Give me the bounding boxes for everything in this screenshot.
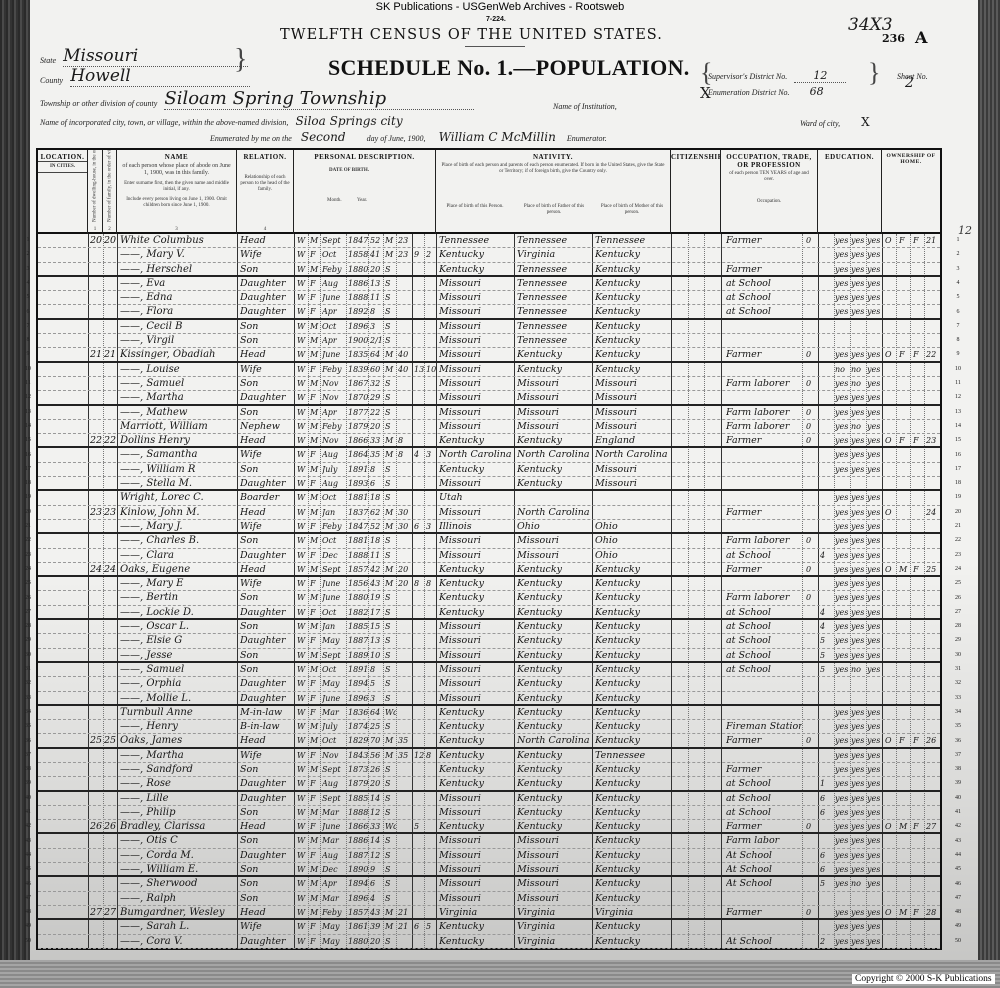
header-ownership-label: OWNERSHIP OF HOME.	[882, 150, 940, 165]
birthplace-person: Tennessee	[439, 234, 514, 248]
years-married	[398, 277, 412, 291]
farm-house	[913, 677, 924, 691]
school-months	[820, 763, 832, 777]
table-row: ——, Bertin Son W M June 1880 19 S Kentuc…	[38, 591, 940, 605]
relation: Son	[240, 763, 294, 777]
relation: Son	[240, 620, 294, 634]
family-number	[104, 291, 117, 305]
enumerated-field: Enumerated by me on the Second day of Ju…	[210, 126, 609, 145]
children-living	[426, 305, 436, 319]
header-year: Year.	[354, 196, 370, 206]
birth-year: 1836	[348, 706, 368, 720]
speaks-english	[867, 477, 882, 491]
line-number-right: 15	[952, 437, 964, 443]
school-months	[820, 377, 832, 391]
children-living	[426, 477, 436, 491]
relation: Daughter	[240, 792, 294, 806]
can-write: yes	[851, 248, 866, 262]
birthplace-mother: Missouri	[595, 420, 671, 434]
marital-status: S	[385, 677, 396, 691]
birthplace-father: Tennessee	[517, 291, 592, 305]
owned-rented	[885, 806, 896, 820]
header-name: NAME of each person whose place of abode…	[117, 150, 237, 234]
age: 20	[370, 935, 383, 949]
person-name: ——, Mollie L.	[120, 692, 236, 706]
family-number	[104, 692, 117, 706]
years-married	[398, 620, 412, 634]
birthplace-person: Kentucky	[439, 591, 514, 605]
farm-house	[913, 391, 924, 405]
population-table: LOCATION. IN CITIES. Number of dwelling-…	[36, 148, 942, 950]
free-mortgaged	[899, 849, 910, 863]
birthplace-mother: Kentucky	[595, 763, 671, 777]
can-read: yes	[835, 420, 850, 434]
line-number-right: 21	[952, 523, 964, 529]
occupation	[726, 477, 802, 491]
birthplace-mother: Kentucky	[595, 291, 671, 305]
birthplace-person: Missouri	[439, 334, 514, 348]
sex: M	[310, 320, 320, 334]
can-read	[835, 477, 850, 491]
birthplace-person: Missouri	[439, 477, 514, 491]
free-mortgaged	[899, 377, 910, 391]
person-name: ——, Orphia	[120, 677, 236, 691]
school-months	[820, 277, 832, 291]
age: 70	[370, 734, 383, 748]
relation: Head	[240, 348, 294, 362]
marital-status: S	[385, 763, 396, 777]
birthplace-person: Kentucky	[439, 577, 514, 591]
marital-status: S	[385, 334, 396, 348]
farm-schedule-number: 22	[926, 348, 940, 362]
children-living	[426, 734, 436, 748]
line-number-right: 7	[952, 323, 964, 329]
free-mortgaged	[899, 677, 910, 691]
header-relation-desc: Relationship of each person to the head …	[237, 161, 293, 195]
free-mortgaged	[899, 406, 910, 420]
occupation: at School	[726, 634, 802, 648]
occupation: at School	[726, 649, 802, 663]
farm-house	[913, 305, 924, 319]
occupation: at School	[726, 663, 802, 677]
family-number	[104, 391, 117, 405]
header-relation: RELATION. Relationship of each person to…	[237, 150, 294, 234]
speaks-english: yes	[867, 820, 882, 834]
school-months: 5	[820, 634, 832, 648]
years-married	[398, 420, 412, 434]
sex: M	[310, 463, 320, 477]
children-living	[426, 563, 436, 577]
school-months	[820, 305, 832, 319]
farm-schedule-number	[926, 377, 940, 391]
age: 20	[370, 420, 383, 434]
person-name: ——, Ralph	[120, 892, 236, 906]
color: W	[297, 434, 308, 448]
can-write: yes	[851, 305, 866, 319]
age: 26	[370, 763, 383, 777]
farm-house	[913, 549, 924, 563]
dwelling-number	[90, 606, 103, 620]
age: 8	[370, 305, 383, 319]
sex: M	[310, 763, 320, 777]
farm-house	[913, 920, 924, 934]
form-number: 7-224.	[486, 16, 506, 23]
farm-house	[913, 420, 924, 434]
relation: Daughter	[240, 677, 294, 691]
birthplace-person: Missouri	[439, 348, 514, 362]
header-citizenship: CITIZENSHIP.	[671, 150, 721, 234]
speaks-english: yes	[867, 606, 882, 620]
family-number	[104, 663, 117, 677]
owned-rented	[885, 591, 896, 605]
color: W	[297, 420, 308, 434]
color: W	[297, 305, 308, 319]
sex: F	[310, 820, 320, 834]
birthplace-mother: Kentucky	[595, 248, 671, 262]
birth-year: 1887	[348, 849, 368, 863]
line-number-left: 2	[22, 251, 34, 257]
children-living	[426, 391, 436, 405]
birth-year: 1858	[348, 248, 368, 262]
school-months	[820, 749, 832, 763]
birthplace-mother: Kentucky	[595, 806, 671, 820]
owned-rented	[885, 334, 896, 348]
line-number-left: 13	[22, 409, 34, 415]
speaks-english: yes	[867, 348, 882, 362]
occupation	[726, 706, 802, 720]
free-mortgaged	[899, 606, 910, 620]
relation: Daughter	[240, 849, 294, 863]
children-born	[414, 234, 424, 248]
person-name: Wright, Lorec C.	[120, 491, 236, 505]
years-married: 35	[398, 734, 412, 748]
months-unemployed	[806, 749, 818, 763]
birthplace-father: Missouri	[517, 877, 592, 891]
birthplace-mother: Kentucky	[595, 935, 671, 949]
speaks-english: yes	[867, 834, 882, 848]
speaks-english: yes	[867, 549, 882, 563]
ward-value: X	[861, 115, 870, 129]
can-write: yes	[851, 491, 866, 505]
birth-month: Aug	[322, 448, 346, 462]
birth-year: 1879	[348, 420, 368, 434]
owned-rented	[885, 663, 896, 677]
color: W	[297, 234, 308, 248]
free-mortgaged	[899, 806, 910, 820]
farm-schedule-number	[926, 291, 940, 305]
birth-year: 1857	[348, 906, 368, 920]
person-name: ——, Lille	[120, 792, 236, 806]
person-name: ——, Philip	[120, 806, 236, 820]
farm-house	[913, 663, 924, 677]
family-number	[104, 920, 117, 934]
sex: F	[310, 777, 320, 791]
table-row: 27 27 Bumgardner, Wesley Head W M Feby 1…	[38, 906, 940, 920]
owned-rented: O	[885, 434, 896, 448]
speaks-english: yes	[867, 734, 882, 748]
birthplace-mother: Kentucky	[595, 863, 671, 877]
sex: F	[310, 792, 320, 806]
copyright-notice: Copyright © 2000 S-K Publications	[852, 974, 995, 984]
free-mortgaged	[899, 305, 910, 319]
sex: M	[310, 406, 320, 420]
table-row: ——, Cora V. Daughter W F May 1880 20 S K…	[38, 935, 940, 949]
children-living	[426, 777, 436, 791]
line-number-right: 48	[952, 909, 964, 915]
birth-month: Oct	[322, 606, 346, 620]
can-write: yes	[851, 706, 866, 720]
school-months	[820, 820, 832, 834]
line-number-right: 32	[952, 680, 964, 686]
children-born	[414, 263, 424, 277]
birthplace-mother: Ohio	[595, 534, 671, 548]
years-married: 30	[398, 506, 412, 520]
free-mortgaged	[899, 534, 910, 548]
occupation	[726, 334, 802, 348]
birth-month: Apr	[322, 877, 346, 891]
school-months	[820, 677, 832, 691]
birth-year: 1847	[348, 234, 368, 248]
speaks-english: yes	[867, 248, 882, 262]
owned-rented: O	[885, 906, 896, 920]
family-number: 23	[104, 506, 117, 520]
line-number-right: 30	[952, 652, 964, 658]
relation: Head	[240, 234, 294, 248]
occupation: Farmer	[726, 506, 802, 520]
school-months: 6	[820, 863, 832, 877]
relation: Head	[240, 434, 294, 448]
occupation	[726, 920, 802, 934]
header-relation-label: RELATION.	[237, 150, 293, 161]
table-row: ——, Sarah L. Wife W F May 1861 39 M 21 6…	[38, 920, 940, 934]
years-married	[398, 692, 412, 706]
can-read: yes	[835, 906, 850, 920]
free-mortgaged	[899, 792, 910, 806]
birth-month: Nov	[322, 377, 346, 391]
farm-house	[913, 363, 924, 377]
table-row: ——, Oscar L. Son W M Jan 1885 15 S Misso…	[38, 620, 940, 634]
free-mortgaged	[899, 692, 910, 706]
family-number	[104, 534, 117, 548]
age: 42	[370, 563, 383, 577]
line-number-right: 26	[952, 595, 964, 601]
sheet-value: 2	[905, 75, 914, 91]
birthplace-mother: Missouri	[595, 406, 671, 420]
dwelling-number	[90, 291, 103, 305]
birth-month: Feby	[322, 263, 346, 277]
school-months	[820, 363, 832, 377]
person-name: Bradley, Clarissa	[120, 820, 236, 834]
birth-month: Oct	[322, 491, 346, 505]
farm-schedule-number	[926, 448, 940, 462]
months-unemployed	[806, 320, 818, 334]
marital-status: S	[385, 391, 396, 405]
birthplace-father: Kentucky	[517, 434, 592, 448]
speaks-english: yes	[867, 563, 882, 577]
farm-house	[913, 706, 924, 720]
color: W	[297, 849, 308, 863]
dwelling-number	[90, 406, 103, 420]
line-number-right: 33	[952, 695, 964, 701]
marital-status: S	[385, 806, 396, 820]
farm-schedule-number	[926, 749, 940, 763]
dwelling-number	[90, 649, 103, 663]
farm-house	[913, 491, 924, 505]
birth-year: 1896	[348, 320, 368, 334]
marital-status: S	[385, 892, 396, 906]
person-name: Marriott, William	[120, 420, 236, 434]
person-name: ——, Bertin	[120, 591, 236, 605]
person-name: ——, Mary V.	[120, 248, 236, 262]
occupation: at School	[726, 620, 802, 634]
sex: F	[310, 849, 320, 863]
table-row: ——, Mathew Son W M Apr 1877 22 S Missour…	[38, 406, 940, 420]
line-number-left: 4	[22, 280, 34, 286]
person-name: ——, Elsie G	[120, 634, 236, 648]
children-born	[414, 620, 424, 634]
school-months	[820, 706, 832, 720]
birthplace-father: Kentucky	[517, 463, 592, 477]
children-born: 4	[414, 448, 424, 462]
age: 12	[370, 849, 383, 863]
owned-rented: O	[885, 234, 896, 248]
birthplace-person: Missouri	[439, 391, 514, 405]
marital-status: M	[385, 248, 396, 262]
can-write: yes	[851, 506, 866, 520]
farm-schedule-number	[926, 263, 940, 277]
farm-schedule-number	[926, 706, 940, 720]
occupation: Farm laborer	[726, 534, 802, 548]
family-number	[104, 420, 117, 434]
children-born	[414, 877, 424, 891]
months-unemployed: 0	[806, 420, 818, 434]
relation: Daughter	[240, 777, 294, 791]
occupation: Farmer	[726, 763, 802, 777]
table-row: ——, Mary E Wife W F June 1856 43 M 20 8 …	[38, 577, 940, 591]
farm-schedule-number: 24	[926, 506, 940, 520]
children-born	[414, 734, 424, 748]
header-occupation-label: OCCUPATION, TRADE, OR PROFESSION	[721, 150, 817, 169]
free-mortgaged: F	[899, 348, 910, 362]
children-living	[426, 406, 436, 420]
birth-month: Nov	[322, 434, 346, 448]
dwelling-number	[90, 377, 103, 391]
birthplace-father: Missouri	[517, 420, 592, 434]
can-write: yes	[851, 806, 866, 820]
sex: M	[310, 491, 320, 505]
farm-schedule-number	[926, 363, 940, 377]
birth-month: Mar	[322, 834, 346, 848]
can-write: yes	[851, 734, 866, 748]
birth-year: 1847	[348, 520, 368, 534]
birthplace-father: Tennessee	[517, 263, 592, 277]
color: W	[297, 291, 308, 305]
table-row: ——, Samantha Wife W F Aug 1864 35 M 8 4 …	[38, 448, 940, 462]
age: 43	[370, 577, 383, 591]
line-number-right: 11	[952, 380, 964, 386]
birthplace-father: Tennessee	[517, 305, 592, 319]
dwelling-number	[90, 663, 103, 677]
birthplace-mother: Kentucky	[595, 606, 671, 620]
free-mortgaged	[899, 663, 910, 677]
birthplace-person: Missouri	[439, 363, 514, 377]
speaks-english: yes	[867, 863, 882, 877]
age: 19	[370, 591, 383, 605]
school-months	[820, 348, 832, 362]
sex: M	[310, 806, 320, 820]
speaks-english: yes	[867, 577, 882, 591]
owned-rented	[885, 792, 896, 806]
birthplace-person: Illinois	[439, 520, 514, 534]
farm-house	[913, 534, 924, 548]
col-num: 4	[237, 227, 293, 232]
speaks-english	[867, 692, 882, 706]
speaks-english: yes	[867, 877, 882, 891]
free-mortgaged	[899, 920, 910, 934]
header-personal-label: PERSONAL DESCRIPTION.	[294, 150, 435, 161]
age: 32	[370, 377, 383, 391]
color: W	[297, 591, 308, 605]
speaks-english: yes	[867, 720, 882, 734]
can-read: yes	[835, 606, 850, 620]
owned-rented	[885, 248, 896, 262]
farm-schedule-number	[926, 406, 940, 420]
age: 9	[370, 863, 383, 877]
children-born	[414, 863, 424, 877]
color: W	[297, 720, 308, 734]
children-born: 8	[414, 577, 424, 591]
years-married	[398, 677, 412, 691]
owned-rented	[885, 606, 896, 620]
table-row: ——, Henry B-in-law W M July 1874 25 S Ke…	[38, 720, 940, 734]
can-write: yes	[851, 591, 866, 605]
children-born	[414, 906, 424, 920]
birthplace-father: Kentucky	[517, 591, 592, 605]
children-living	[426, 634, 436, 648]
birth-year: 1829	[348, 734, 368, 748]
farm-schedule-number	[926, 305, 940, 319]
months-unemployed	[806, 892, 818, 906]
occupation: At School	[726, 863, 802, 877]
marital-status: S	[385, 863, 396, 877]
free-mortgaged: F	[899, 234, 910, 248]
dwelling-number	[90, 491, 103, 505]
relation: Wife	[240, 577, 294, 591]
marital-status: S	[385, 277, 396, 291]
relation: Head	[240, 820, 294, 834]
relation: Daughter	[240, 634, 294, 648]
relation: Son	[240, 534, 294, 548]
children-born	[414, 634, 424, 648]
children-born	[414, 491, 424, 505]
line-number-left: 42	[22, 823, 34, 829]
speaks-english: yes	[867, 363, 882, 377]
years-married: 21	[398, 920, 412, 934]
color: W	[297, 620, 308, 634]
dwelling-number	[90, 277, 103, 291]
marital-status: M	[385, 749, 396, 763]
relation: Wife	[240, 363, 294, 377]
family-number	[104, 863, 117, 877]
township-label: Township or other division of county	[40, 99, 157, 108]
children-born	[414, 892, 424, 906]
months-unemployed: 0	[806, 820, 818, 834]
relation: Son	[240, 863, 294, 877]
school-months	[820, 391, 832, 405]
can-write: yes	[851, 520, 866, 534]
line-number-right: 37	[952, 752, 964, 758]
can-read: yes	[835, 563, 850, 577]
